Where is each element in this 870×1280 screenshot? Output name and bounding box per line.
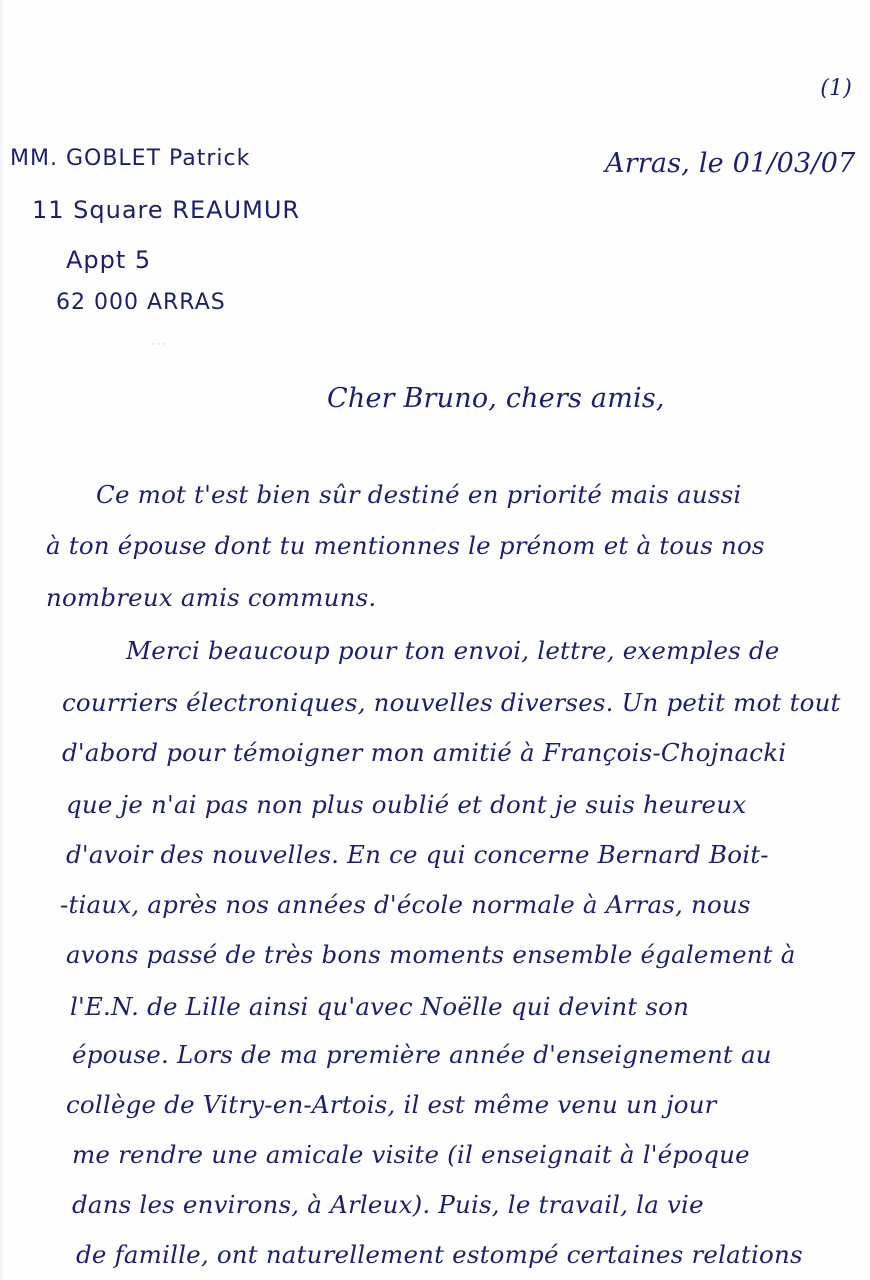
body-line: d'abord pour témoigner mon amitié à Fran… [62,738,786,767]
sender-apartment: Appt 5 [66,246,151,274]
body-line: dans les environs, à Arleux). Puis, le t… [72,1190,704,1219]
body-line: -tiaux, après nos années d'école normale… [60,890,751,919]
body-line: collège de Vitry-en-Artois, il est même … [66,1090,717,1119]
salutation: Cher Bruno, chers amis, [327,383,665,414]
body-line: Ce mot t'est bien sûr destiné en priorit… [96,480,741,509]
body-line: que je n'ai pas non plus oublié et dont … [66,790,746,819]
sender-city: 62 000 ARRAS [56,290,226,315]
body-line: avons passé de très bons moments ensembl… [66,940,796,969]
body-line: courriers électroniques, nouvelles diver… [62,688,841,717]
body-line: l'E.N. de Lille ainsi qu'avec Noëlle qui… [70,992,689,1021]
body-line: à ton épouse dont tu mentionnes le préno… [46,531,765,560]
body-line: d'avoir des nouvelles. En ce qui concern… [66,840,769,869]
body-line: nombreux amis communs. [46,583,376,612]
sender-street: 11 Square REAUMUR [32,196,300,224]
body-line: de famille, ont naturellement estompé ce… [76,1240,803,1269]
body-line: épouse. Lors de ma première année d'ense… [72,1040,772,1069]
page-number: (1) [820,76,852,101]
place-date: Arras, le 01/03/07 [605,148,856,179]
page-edge [0,0,4,1280]
bleed-through-text: … [150,330,167,350]
body-line: Merci beaucoup pour ton envoi, lettre, e… [126,636,780,665]
body-line: me rendre une amicale visite (il enseign… [72,1140,750,1169]
sender-name: MM. GOBLET Patrick [10,146,250,171]
letter-page: … (1) MM. GOBLET Patrick 11 Square REAUM… [0,0,870,1280]
